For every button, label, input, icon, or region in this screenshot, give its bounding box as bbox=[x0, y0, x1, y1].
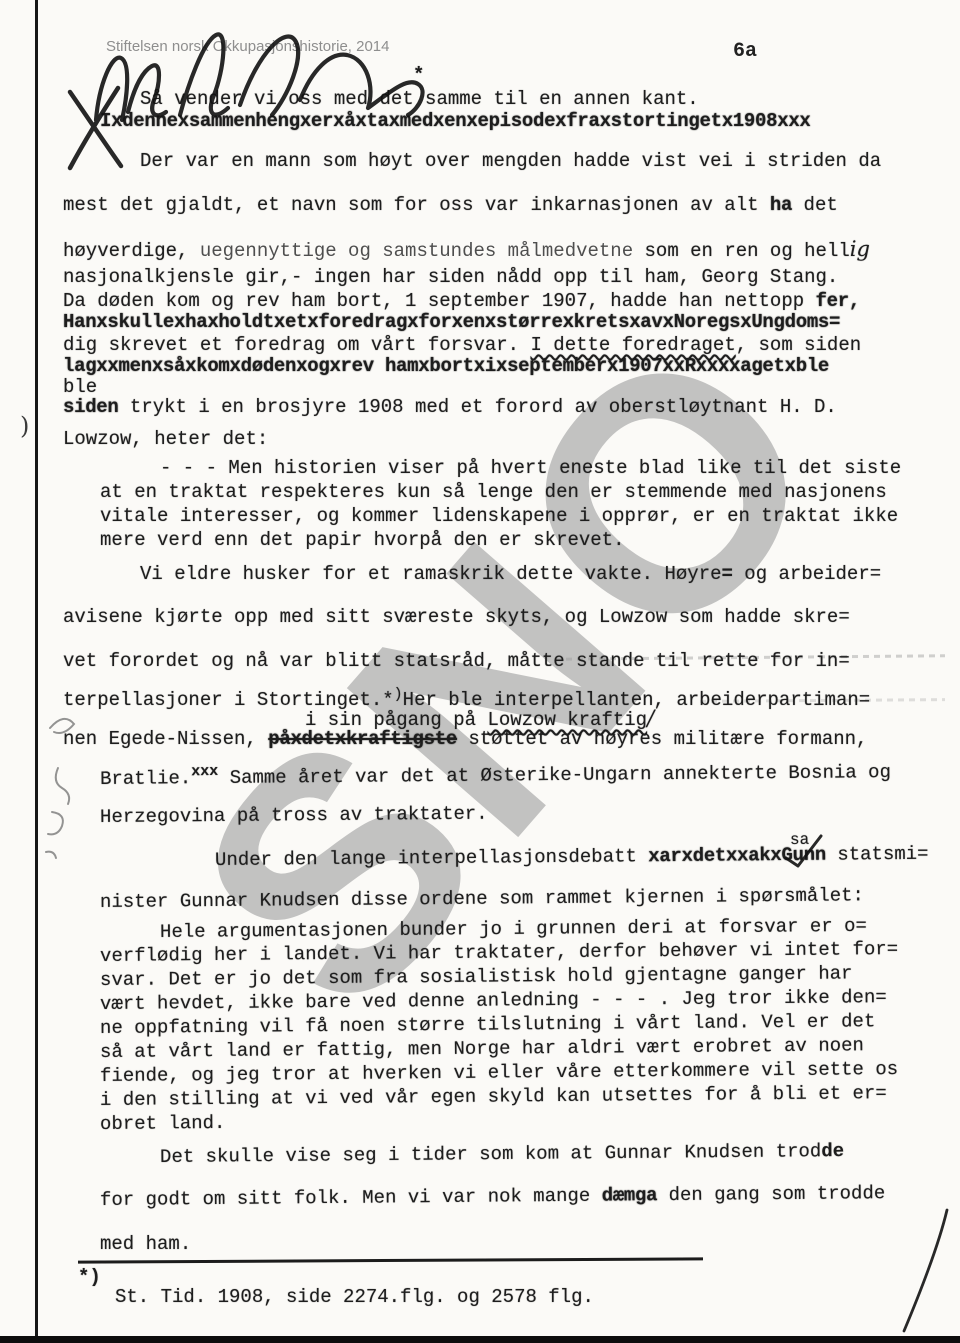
typed-line: siden trykt i en brosjyre 1908 med et fo… bbox=[63, 396, 837, 418]
typed-line: med ham. bbox=[100, 1233, 191, 1255]
typed-line: høyverdige, uegennyttige og samstundes m… bbox=[63, 238, 870, 262]
typed-line: Da døden kom og rev ham bort, 1 septembe… bbox=[63, 290, 860, 312]
scan-edge-left bbox=[35, 0, 38, 1343]
typed-line: Herzegovina på tross av traktater. bbox=[100, 803, 488, 828]
typed-line: obret land. bbox=[100, 1112, 226, 1135]
footnote-separator bbox=[78, 1257, 703, 1263]
typed-line: * bbox=[413, 64, 424, 86]
document-page: SNO Stiftelsen norsk Okkupasjonshistorie… bbox=[0, 0, 960, 1343]
typed-line: dig skrevet et foredrag om vårt forsvar.… bbox=[63, 334, 861, 356]
typed-line: vitale interesser, og kommer lidenskapen… bbox=[100, 505, 898, 527]
typed-line: Ixdennexsammenhengxerxåxtaxmedxenxepisod… bbox=[100, 110, 811, 132]
scan-edge-bottom bbox=[0, 1336, 960, 1343]
typed-line: Vi eldre husker for et ramaskrik dette v… bbox=[140, 563, 881, 585]
typed-line: Så vender vi oss med det samme til en an… bbox=[140, 88, 699, 110]
typed-line: mest det gjaldt, et navn som for oss var… bbox=[63, 194, 838, 216]
typed-line: Der var en mann som høyt over mengden ha… bbox=[140, 150, 881, 172]
typed-line: avisene kjørte opp med sitt sværeste sky… bbox=[63, 606, 850, 628]
typed-line: vet forordet og nå var blitt statsråd, m… bbox=[63, 650, 850, 672]
typed-line: - - - Men historien viser på hvert enest… bbox=[160, 457, 901, 479]
typed-line: nasjonalkjensle gir,- ingen har siden nå… bbox=[63, 266, 838, 288]
typed-line: lagxxmenxsåxkomxdødenxogxrev hamxbortxix… bbox=[63, 355, 829, 377]
typed-line: for godt om sitt folk. Men vi var nok ma… bbox=[100, 1182, 885, 1211]
typed-line: nen Egede-Nissen, påxdetxkraftigste støt… bbox=[63, 728, 867, 750]
margin-scribble bbox=[48, 812, 63, 834]
margin-handwritten-mark: ) bbox=[20, 412, 29, 440]
margin-scribble bbox=[56, 768, 69, 804]
typed-line: Lowzow, heter det: bbox=[63, 428, 268, 450]
margin-scribble bbox=[46, 852, 56, 858]
typed-line: *) bbox=[78, 1266, 101, 1288]
typed-line: at en traktat respekteres kun så lenge d… bbox=[100, 481, 887, 503]
typed-line: Bratlie.xxx Samme året var det at Østeri… bbox=[100, 755, 891, 790]
typed-line: St. Tid. 1908, side 2274.flg. og 2578 fl… bbox=[115, 1286, 594, 1308]
typed-line: Det skulle vise seg i tider som kom at G… bbox=[160, 1140, 844, 1168]
typed-line: Hanxskullexhaxholdtxetxforedragxforxenxs… bbox=[63, 311, 840, 333]
scan-credit-text: Stiftelsen norsk Okkupasjonshistorie, 20… bbox=[106, 38, 389, 55]
typed-line: ble bbox=[63, 376, 97, 398]
page-number: 6a bbox=[733, 40, 757, 63]
pen-stroke bbox=[904, 1210, 947, 1331]
typed-line: i den stilling at vi ved vår egen skyld … bbox=[100, 1082, 887, 1111]
typed-line: mere verd enn det papir hvorpå den er sk… bbox=[100, 529, 625, 551]
